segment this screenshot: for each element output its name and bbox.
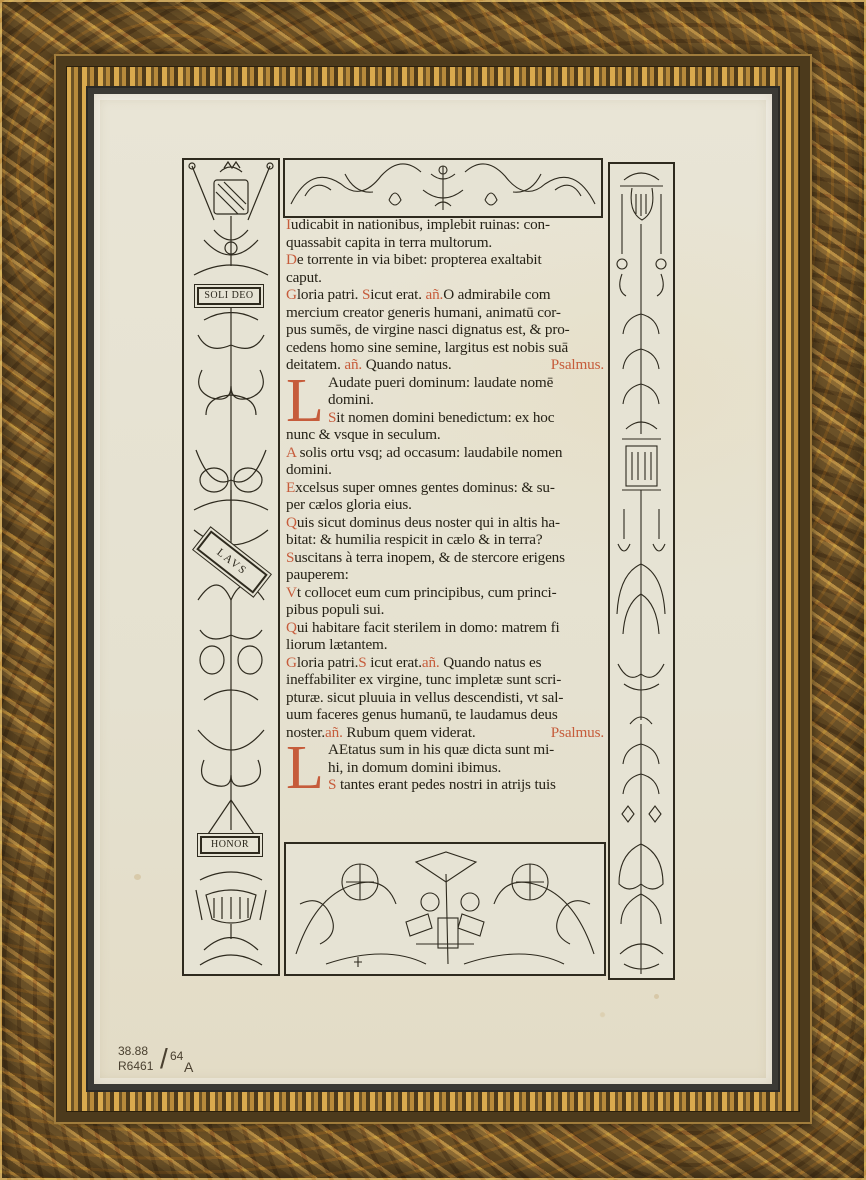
right-border-candelabrum-icon (610, 164, 673, 978)
verse-text: icut erat. (367, 654, 422, 671)
verse-text: ineffabiliter ex virgine, tunc impletæ s… (286, 671, 561, 688)
top-woodcut-border (283, 158, 603, 218)
text-line: pauperem: (286, 566, 604, 584)
top-border-scroll-icon (285, 160, 601, 216)
antiphon-mark: añ. (422, 654, 440, 671)
verse-text: uis sicut dominus deus noster qui in alt… (297, 514, 560, 531)
text-line: quassabit capita in terra multorum. (286, 234, 604, 252)
rubric-initial: Q (286, 514, 297, 531)
inventory-accession: R6461 (118, 1059, 153, 1074)
inventory-number: 38.88 (118, 1044, 153, 1059)
text-line: A solis ortu vsq; ad occasum: laudabile … (286, 444, 604, 462)
verse-text: loria patri. (297, 654, 358, 671)
rubric-initial: S (358, 654, 366, 671)
verse-text: Quando natus es (440, 654, 542, 671)
verse-text: uum faceres genus humanū, te laudamus de… (286, 706, 558, 723)
rubric-initial: V (286, 584, 297, 601)
cartouche-soli-deo: SOLI DEO (197, 287, 261, 305)
text-line: deitatem. añ. Quando natus.Psalmus. (286, 356, 604, 374)
text-line: domini. (328, 391, 604, 409)
verse-text: mercium creator generis humani, animatū … (286, 304, 561, 321)
verse-text: per cælos gloria eius. (286, 496, 412, 513)
verse-text: pus sumēs, de virgine nasci dignatus est… (286, 321, 570, 338)
verse-text: pturæ. sicut pluuia in vellus descendist… (286, 689, 563, 706)
latin-text-block: Iudicabit in nationibus, implebit ruinas… (286, 216, 604, 794)
text-line: hi, in domum domini ibimus. (328, 759, 604, 777)
antiphon-mark: añ. (344, 356, 362, 373)
drop-cap-initial: L (286, 741, 324, 795)
text-line: Iudicabit in nationibus, implebit ruinas… (286, 216, 604, 234)
verse-text: domini. (328, 391, 374, 408)
verse-text: domini. (286, 461, 332, 478)
text-line: Excelsus super omnes gentes dominus: & s… (286, 479, 604, 497)
text-line: pus sumēs, de virgine nasci dignatus est… (286, 321, 604, 339)
text-line: Audate pueri dominum: laudate nomē (328, 374, 604, 392)
rubric-initial: E (286, 479, 295, 496)
rubric-initial: S (362, 286, 370, 303)
rubric-initial: D (286, 251, 297, 268)
verse-text: icut erat. (370, 286, 425, 303)
bottom-woodcut-border (284, 842, 606, 976)
inventory-folio: 64 (170, 1049, 183, 1064)
verse-text: liorum lætantem. (286, 636, 387, 653)
text-line: S tantes erant pedes nostri in atrijs tu… (328, 776, 604, 794)
text-line: De torrente in via bibet: propterea exal… (286, 251, 604, 269)
text-line: mercium creator generis humani, animatū … (286, 304, 604, 322)
text-line: per cælos gloria eius. (286, 496, 604, 514)
cartouche-honor: HONOR (200, 836, 260, 854)
inventory-pencil-mark: 38.88 R6461 / 64 A (118, 1044, 153, 1074)
psalm-drop-cap-block: L Audate pueri dominum: laudate nomē dom… (286, 374, 604, 427)
antiphon-mark: añ. (426, 286, 444, 303)
text-line: Sit nomen domini benedictum: ex hoc (328, 409, 604, 427)
verse-text: hi, in domum domini ibimus. (328, 759, 501, 776)
text-line: pibus populi sui. (286, 601, 604, 619)
verse-text: bitat: & humilia respicit in cælo & in t… (286, 531, 542, 548)
verse-text: it nomen domini benedictum: ex hoc (336, 409, 554, 426)
verse-text: uscitans à terra inopem, & de stercore e… (294, 549, 565, 566)
text-line: domini. (286, 461, 604, 479)
psalm-drop-cap-block: L AEtatus sum in his quæ dicta sunt mi- … (286, 741, 604, 794)
verse-text: ui habitare facit sterilem in domo: matr… (297, 619, 560, 636)
bottom-border-printers-device-icon (286, 844, 604, 974)
text-line: AEtatus sum in his quæ dicta sunt mi- (328, 741, 604, 759)
text-line: Qui habitare facit sterilem in domo: mat… (286, 619, 604, 637)
verse-text: udicabit in nationibus, implebit ruinas:… (291, 216, 550, 233)
verse-text: t collocet eum cum principibus, cum prin… (297, 584, 557, 601)
text-line: uum faceres genus humanū, te laudamus de… (286, 706, 604, 724)
text-line: nunc & vsque in seculum. (286, 426, 604, 444)
text-line: liorum lætantem. (286, 636, 604, 654)
rubric-initial: A (286, 444, 296, 461)
text-line: Quis sicut dominus deus noster qui in al… (286, 514, 604, 532)
text-line: Suscitans à terra inopem, & de stercore … (286, 549, 604, 567)
verse-text: caput. (286, 269, 322, 286)
verse-text: solis ortu vsq; ad occasum: laudabile no… (296, 444, 562, 461)
text-line: Vt collocet eum cum principibus, cum pri… (286, 584, 604, 602)
antiphon-mark: añ. (325, 724, 343, 741)
rubric-initial: Q (286, 619, 297, 636)
right-woodcut-border (608, 162, 675, 980)
drop-cap-initial: L (286, 374, 324, 428)
verse-text: pauperem: (286, 566, 349, 583)
verse-text: loria patri. (297, 286, 362, 303)
verse-text: e torrente in via bibet: propterea exalt… (297, 251, 542, 268)
verse-text: tantes erant pedes nostri in atrijs tuis (336, 776, 556, 793)
text-line: caput. (286, 269, 604, 287)
text-line: bitat: & humilia respicit in cælo & in t… (286, 531, 604, 549)
verse-text: AEtatus sum in his quæ dicta sunt mi- (328, 741, 554, 758)
rubric-initial: G (286, 286, 297, 303)
verse-text: quassabit capita in terra multorum. (286, 234, 492, 251)
verse-text: Rubum quem viderat. (343, 724, 476, 741)
text-line: Gloria patri. Sicut erat. añ.O admirabil… (286, 286, 604, 304)
foxing-spot (134, 874, 141, 880)
text-line: cedens homo sine semine, largitus est no… (286, 339, 604, 357)
text-line: pturæ. sicut pluuia in vellus descendist… (286, 689, 604, 707)
text-line: Gloria patri.S icut erat.añ. Quando natu… (286, 654, 604, 672)
foxing-spot (654, 994, 659, 999)
text-line: noster.añ. Rubum quem viderat.Psalmus. (286, 724, 604, 742)
verse-text: Audate pueri dominum: laudate nomē (328, 374, 553, 391)
inventory-slash: / (160, 1044, 168, 1074)
text-line: ineffabiliter ex virgine, tunc impletæ s… (286, 671, 604, 689)
verse-text: pibus populi sui. (286, 601, 384, 618)
verse-text: O admirabile com (443, 286, 550, 303)
verse-text: Quando natus. (362, 356, 451, 373)
psalm-rubric: Psalmus. (551, 356, 604, 374)
rubric-initial: G (286, 654, 297, 671)
inventory-suffix: A (184, 1060, 193, 1075)
verse-text: cedens homo sine semine, largitus est no… (286, 339, 568, 356)
psalm-rubric: Psalmus. (551, 724, 604, 742)
verse-text: xcelsus super omnes gentes dominus: & su… (295, 479, 555, 496)
